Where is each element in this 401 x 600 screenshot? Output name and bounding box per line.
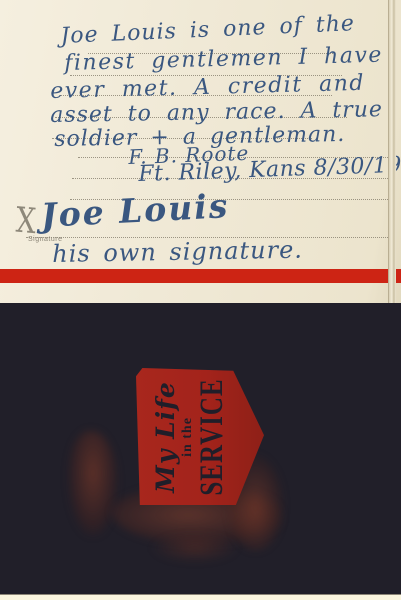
faint-texture — [150, 533, 240, 563]
bottom-paper-strip — [0, 594, 401, 600]
book-title-line1: My Life — [154, 368, 179, 505]
book-title: My Life in the SERVICE — [154, 368, 224, 505]
joe-louis-signature: Joe Louis — [40, 186, 230, 235]
signature-note: his own signature. — [52, 236, 303, 268]
screenshot: Joe Louis is one of the finest gentlemen… — [0, 0, 401, 600]
book-cover-photo: My Life in the SERVICE — [0, 303, 401, 600]
page-edge-crease — [388, 0, 396, 303]
book-title-line2: in the — [181, 368, 196, 505]
book-title-line3: SERVICE — [197, 368, 231, 505]
handwritten-note-photo: Joe Louis is one of the finest gentlemen… — [0, 0, 401, 303]
faint-hand-left — [68, 431, 118, 536]
handwriting-line: Joe Louis is one of the — [60, 11, 355, 49]
red-stripe — [0, 269, 390, 283]
